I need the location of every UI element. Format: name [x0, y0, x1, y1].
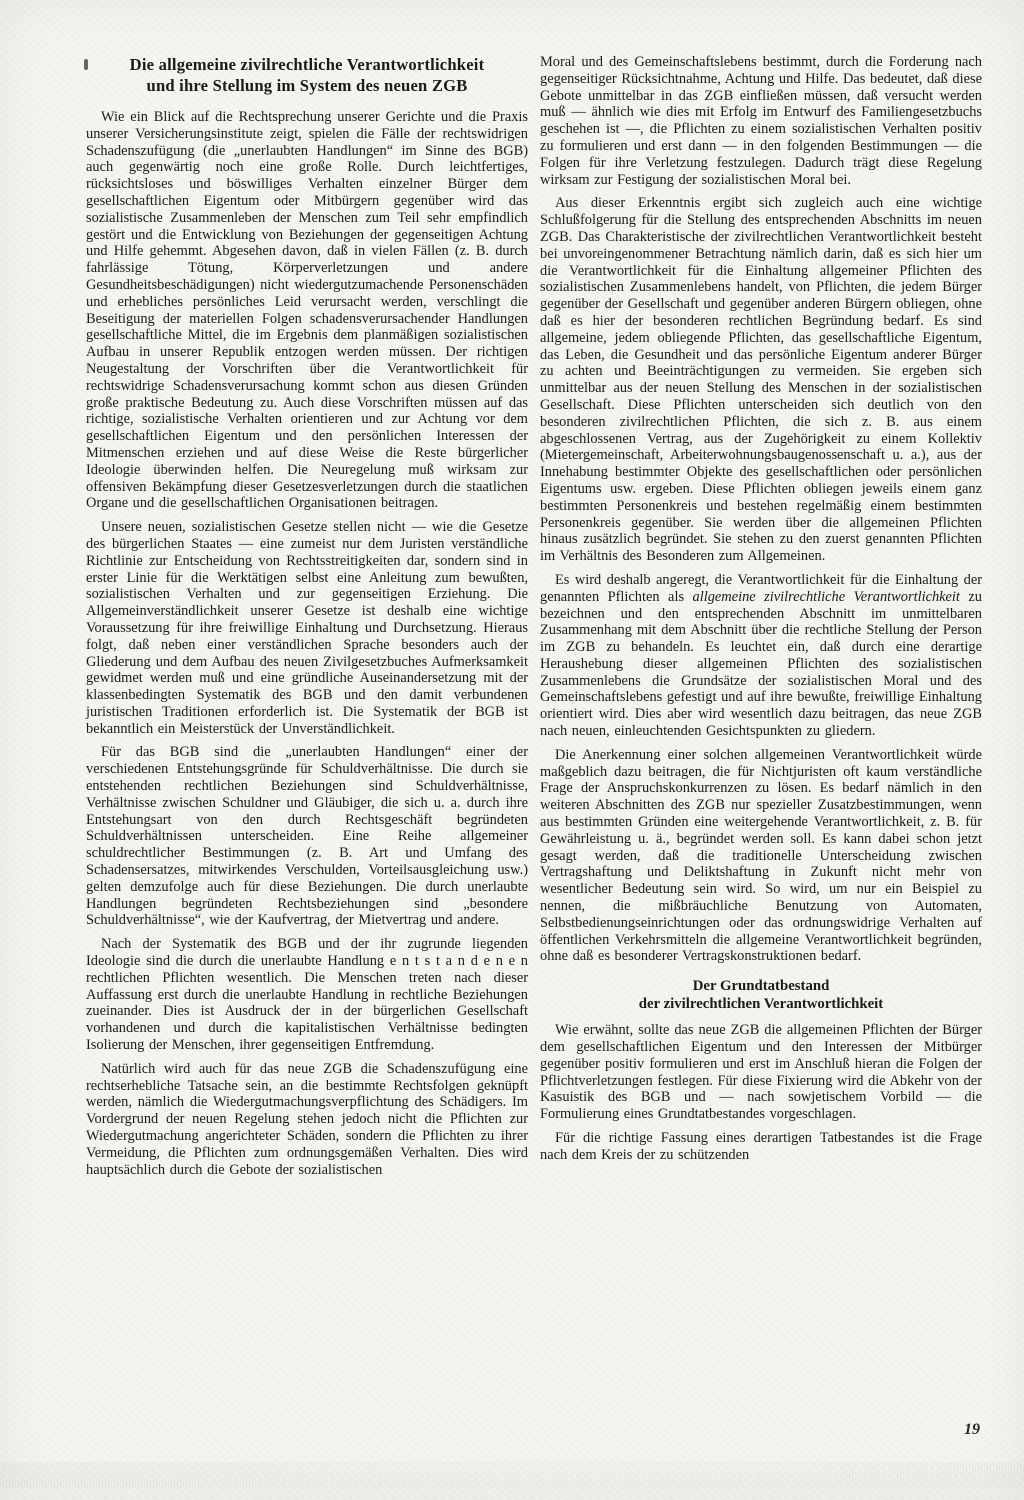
paragraph: Für die richtige Fassung eines derartige…	[540, 1130, 982, 1164]
paragraph: Die Anerkennung einer solchen allgemeine…	[540, 747, 982, 965]
paragraph: Natürlich wird auch für das neue ZGB die…	[86, 1061, 528, 1179]
left-column: Die allgemeine zivilrechtliche Verantwor…	[86, 54, 528, 1185]
article-title: Die allgemeine zivilrechtliche Verantwor…	[86, 54, 528, 96]
paragraph: Wie ein Blick auf die Rechtsprechung uns…	[86, 109, 528, 512]
paragraph: Wie erwähnt, sollte das neue ZGB die all…	[540, 1022, 982, 1123]
emphasis-post-text: zu bezeichnen und den entsprechenden Abs…	[540, 589, 982, 739]
right-column: Moral und des Gemeinschaftslebens bestim…	[540, 54, 982, 1171]
emphasized-term: allgemeine zivilrechtliche Verantwortlic…	[693, 589, 960, 605]
paragraph: Für das BGB sind die „unerlaubten Handlu…	[86, 744, 528, 929]
paragraph: Unsere neuen, sozialistischen Gesetze st…	[86, 519, 528, 737]
page-number: 19	[930, 1421, 980, 1439]
scanned-journal-page: Die allgemeine zivilrechtliche Verantwor…	[0, 0, 1024, 1500]
paragraph: Nach der Systematik des BGB und der ihr …	[86, 936, 528, 1054]
scan-noise-artifact	[0, 1462, 1024, 1488]
section-heading-line-1: Der Grundtatbestand	[540, 977, 982, 995]
section-heading-line-2: der zivilrechtlichen Verantwortlichkeit	[540, 995, 982, 1013]
article-title-line-2: und ihre Stellung im System des neuen ZG…	[86, 75, 528, 96]
paragraph: Aus dieser Erkenntnis ergibt sich zuglei…	[540, 195, 982, 565]
article-title-line-1: Die allgemeine zivilrechtliche Verantwor…	[86, 54, 528, 75]
section-heading: Der Grundtatbestand der zivilrechtlichen…	[540, 977, 982, 1013]
paragraph-continuation: Moral und des Gemeinschaftslebens bestim…	[540, 54, 982, 188]
paragraph-with-emphasis: Es wird deshalb angeregt, die Verantwort…	[540, 572, 982, 740]
